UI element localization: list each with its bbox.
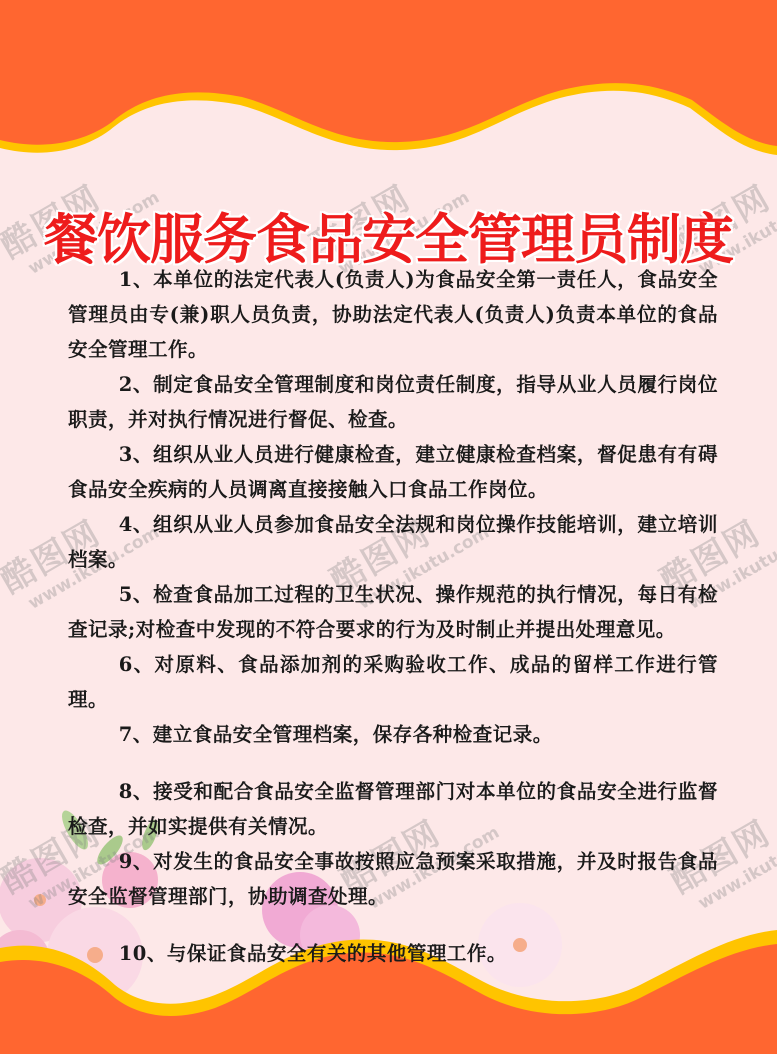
- rule-item-1: 1、本单位的法定代表人(负责人)为食品安全第一责任人，食品安全管理员由专(兼)职…: [68, 262, 718, 367]
- rule-item-6: 6、对原料、食品添加剂的采购验收工作、成品的留样工作进行管理。: [68, 647, 718, 717]
- rule-item-7: 7、建立食品安全管理档案，保存各种检查记录。: [68, 717, 718, 752]
- rules-list: 1、本单位的法定代表人(负责人)为食品安全第一责任人，食品安全管理员由专(兼)职…: [68, 262, 718, 971]
- rule-item-5: 5、检查食品加工过程的卫生状况、操作规范的执行情况，每日有检查记录;对检查中发现…: [68, 577, 718, 647]
- rule-item-10: 10、与保证食品安全有关的其他管理工作。: [68, 936, 718, 971]
- rule-item-2: 2、制定食品安全管理制度和岗位责任制度，指导从业人员履行岗位职责，并对执行情况进…: [68, 367, 718, 437]
- rule-item-4: 4、组织从业人员参加食品安全法规和岗位操作技能培训，建立培训档案。: [68, 507, 718, 577]
- rule-item-9: 9、对发生的食品安全事故按照应急预案采取措施，并及时报告食品安全监督管理部门，协…: [68, 844, 718, 914]
- rule-item-3: 3、组织从业人员进行健康检查，建立健康检查档案，督促患有有碍食品安全疾病的人员调…: [68, 437, 718, 507]
- rule-item-8: 8、接受和配合食品安全监督管理部门对本单位的食品安全进行监督检查，并如实提供有关…: [68, 774, 718, 844]
